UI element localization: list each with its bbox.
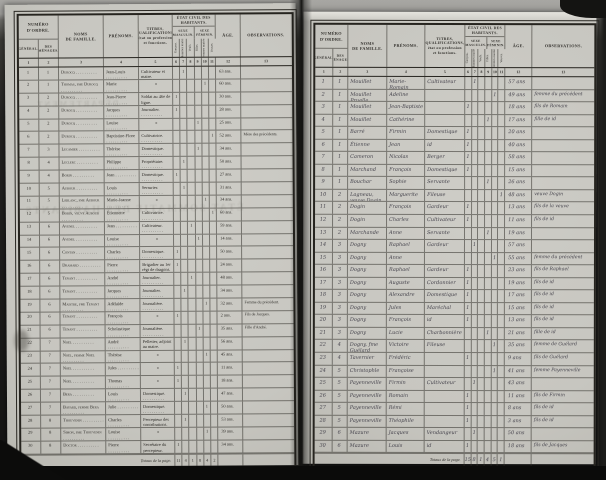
cell-numero-general: 21	[315, 328, 333, 340]
cell-etat-civil-4	[485, 190, 492, 202]
cell-etat-civil-1	[175, 415, 182, 427]
cell-etat-civil-1	[175, 338, 182, 350]
cell-numero-menage: 6	[40, 300, 60, 312]
cell-etat-civil-3	[188, 105, 195, 117]
cell-etat-civil-5	[203, 312, 210, 324]
cell-numero-general: 23	[315, 353, 333, 365]
cell-etat-civil-3	[188, 118, 195, 130]
cell-numero-general: 14	[20, 235, 40, 247]
cell-etat-civil-1: 1	[174, 247, 181, 259]
cell-numero-general: 13	[20, 222, 40, 234]
header-tick-1: Garçons.	[173, 39, 180, 57]
cell-observations	[241, 66, 291, 78]
header-general: GÉNÉRAL.	[19, 40, 39, 58]
cell-etat-civil-2	[182, 299, 189, 311]
cell-etat-civil-4	[196, 299, 203, 311]
cell-etat-civil-5	[203, 221, 210, 233]
cell-observations: femme Payenneville	[532, 366, 594, 378]
cell-etat-civil-3	[188, 234, 195, 246]
header-tick-2: Hommes mariés.	[180, 39, 187, 57]
cell-numero-menage: 6	[41, 325, 61, 337]
cell-numero-general: 16	[20, 261, 40, 273]
cell-etat-civil-1	[175, 402, 182, 414]
cell-etat-civil-4	[197, 389, 204, 401]
column-number: 4	[104, 58, 139, 66]
cell-etat-civil-6	[211, 363, 218, 375]
table-row: 245ChristophleFrançoise141 ansfemme Paye…	[315, 365, 594, 378]
cell-prenom: Auguste	[387, 278, 425, 290]
cell-observations: Fille d'André.	[243, 324, 293, 336]
cell-nom: Dogny	[348, 303, 387, 315]
header-prenoms: PRÉNOMS.	[104, 15, 139, 57]
cell-numero-menage: 6	[40, 287, 60, 299]
left-page: DÉPARTEMENT ÉTAT SOMMATIF DES HABITANTS …	[5, 3, 299, 467]
header-etat-civil: ÉTAT CIVIL DES HABITANTS. SEXE MASCULIN.…	[465, 25, 505, 49]
cell-observations: fils de Guélard	[532, 353, 594, 365]
cell-age: 48 ans	[505, 190, 532, 202]
cell-nom: Mouillet	[348, 102, 387, 114]
column-number: 11	[499, 68, 506, 76]
cell-numero-menage: 5	[333, 403, 348, 415]
cell-prenom: Jean-Louis	[104, 67, 139, 79]
cell-etat-civil-3	[189, 286, 196, 298]
cell-etat-civil-4	[195, 170, 202, 182]
cell-numero-general: 19	[315, 303, 333, 315]
cell-etat-civil-2	[471, 441, 478, 453]
cell-age: 24 ans.	[217, 260, 242, 272]
cell-etat-civil-1	[173, 67, 180, 79]
cell-etat-civil-3	[188, 144, 195, 156]
header-sexe-feminin: SEXE FÉMININ.	[195, 27, 215, 39]
table-row: 234TavernierFrédéric19 ansfils de Guélar…	[315, 353, 594, 366]
cell-age: 41 ans	[505, 366, 532, 378]
census-table-left: NUMÉRO D'ORDRE. GÉNÉRAL. DES MÉNAGES. NO…	[17, 12, 297, 470]
cell-etat-civil-6	[210, 221, 217, 233]
header-sexe-masculin: SEXE MASCULIN.	[173, 27, 195, 39]
cell-nom: Christophle	[348, 365, 387, 377]
cell-observations	[242, 195, 292, 207]
cell-nom: Aubour	[60, 183, 105, 195]
cell-observations	[532, 378, 594, 390]
cell-numero-general: 25	[315, 378, 333, 390]
cell-etat-civil-3	[190, 428, 197, 440]
cell-observations: fils de Raphael	[532, 265, 594, 277]
cell-etat-civil-1	[175, 389, 182, 401]
cell-etat-civil-3	[189, 350, 196, 362]
cell-numero-menage: 8	[41, 428, 61, 440]
cell-prenom: Jacques	[105, 286, 140, 298]
cell-observations: fils de id	[532, 278, 594, 290]
column-number: 3	[348, 68, 387, 76]
header-titres: TITRES, QUALIFICATIONS, état ou professi…	[139, 15, 173, 57]
cell-numero-menage: 1	[333, 140, 348, 152]
cell-numero-menage: 7	[41, 403, 61, 415]
cell-numero-general: 7	[315, 152, 333, 164]
table-header: NUMÉRO D'ORDRE. GÉNÉRAL. DES MÉNAGES. NO…	[19, 14, 292, 59]
cell-prenom: Baptistine-Flore	[104, 132, 139, 144]
table-row: 275PayennevilleRémi18 ansfils de id	[315, 403, 594, 416]
cell-etat-civil-5	[202, 92, 209, 104]
cell-prenom: Jean	[387, 140, 425, 152]
cell-numero-menage: 3	[333, 328, 348, 340]
cell-numero-general: 23	[21, 351, 41, 363]
table-row: 213DognyLucieCharbonnière121 ansfille de…	[315, 328, 594, 341]
cell-age: 25 ans.	[216, 118, 241, 130]
cell-etat-civil-2	[182, 402, 189, 414]
cell-observations	[532, 152, 594, 164]
cell-etat-civil-2	[181, 170, 188, 182]
cell-numero-menage: 2	[333, 215, 348, 227]
book-gutter-shadow	[290, 0, 312, 470]
cell-age: 11 ans	[505, 215, 532, 227]
cell-etat-civil-4	[196, 247, 203, 259]
cell-etat-civil-5: 1	[203, 350, 210, 362]
cell-nom: Bouchar	[348, 177, 387, 189]
cell-numero-general: 8	[315, 165, 333, 177]
cell-prenom: Marguerite	[387, 190, 425, 202]
cell-age: 14 ans.	[217, 234, 242, 246]
cell-numero-general: 5	[315, 127, 333, 139]
cell-numero-menage: 5	[40, 184, 60, 196]
table-row: 61ÉtienneJeanid140 ans	[315, 139, 594, 152]
cell-titre: Cordonnier	[425, 278, 465, 290]
cell-etat-civil-2: 1	[181, 183, 188, 195]
header-tick-4: Filles.	[194, 39, 201, 57]
cell-titre: Domestique.	[139, 144, 173, 156]
cell-observations	[532, 228, 594, 240]
cell-etat-civil-2	[181, 234, 188, 246]
cell-etat-civil-3	[478, 315, 485, 327]
cell-numero-menage: 5	[333, 378, 348, 390]
cell-etat-civil-4: 1	[195, 144, 202, 156]
cell-etat-civil-5	[202, 131, 209, 143]
table-row: 51BarréFirminDomestique120 ans	[315, 127, 594, 140]
cell-etat-civil-3	[189, 299, 196, 311]
header-observations: OBSERVATIONS.	[241, 14, 291, 56]
cell-etat-civil-4	[485, 441, 492, 453]
cell-nom: Dogin	[348, 215, 387, 227]
column-number: 6	[173, 58, 180, 66]
cell-age: 21 ans	[505, 328, 532, 340]
cell-age: 34 ans.	[217, 286, 242, 298]
cell-observations: fils de id	[532, 316, 594, 328]
header-numero-dordre: NUMÉRO D'ORDRE.	[19, 16, 59, 40]
table-row: 153DognyAnne155 ansfemme du précédent	[315, 252, 594, 265]
cell-etat-civil-3	[188, 183, 195, 195]
cell-nom: Lecamier	[59, 145, 104, 157]
header-tick-label: Garçons.	[466, 53, 470, 64]
cell-etat-civil-4: 1	[196, 324, 203, 336]
cell-etat-civil-1	[465, 190, 472, 202]
cell-etat-civil-4	[195, 183, 202, 195]
column-number: 13	[241, 57, 291, 65]
cell-numero-menage: 2	[333, 190, 348, 202]
cell-etat-civil-6	[210, 170, 217, 182]
cell-numero-general: 14	[315, 240, 333, 252]
cell-etat-civil-2	[182, 428, 189, 440]
cell-etat-civil-3	[478, 441, 485, 453]
cell-numero-menage: 6	[40, 248, 60, 260]
cell-numero-general: 17	[20, 274, 40, 286]
cell-etat-civil-5	[203, 324, 210, 336]
cell-titre: Berger	[425, 152, 465, 164]
cell-etat-civil-4	[195, 221, 202, 233]
table-row: 203DognyFrançoisid113 ansfils de id	[315, 315, 594, 328]
header-noms-line2: DE FAMILLE.	[66, 36, 96, 41]
cell-etat-civil-2	[182, 363, 189, 375]
cell-numero-general: 27	[21, 403, 41, 415]
cell-numero-general: 10	[20, 184, 40, 196]
table-row: 163DognyRaphaelGardeur123 ansfils de Rap…	[315, 265, 594, 278]
cell-observations	[532, 165, 594, 177]
cell-etat-civil-1	[174, 157, 181, 169]
cell-nom: Marchande	[348, 227, 387, 239]
header-etat-civil-title: ÉTAT CIVIL DES HABITANTS.	[465, 25, 504, 38]
cell-titre: Pelletier, adjoint au maire.	[141, 338, 175, 350]
column-number: 2	[39, 59, 59, 67]
page-corner-cut	[0, 440, 70, 480]
table-row: 255PayennevilleFirminCultivateur143 ans	[315, 378, 594, 391]
cell-nom: Tenant	[61, 325, 106, 337]
cell-titre: »	[141, 363, 175, 375]
table-row: 21Mouillet PruelleAdeline149 ansfemme du…	[315, 89, 594, 102]
table-row: 193DognyJulesMaréchal115 ansfils de id	[315, 303, 594, 316]
cell-nom: Payenneville	[348, 390, 387, 402]
cell-age: 53 ans.	[218, 414, 243, 426]
cell-etat-civil-3	[188, 131, 195, 143]
cell-numero-menage: 3	[333, 290, 348, 302]
cell-numero-menage: 6	[40, 274, 60, 286]
cell-observations: fille de id	[532, 328, 594, 340]
cell-age: 39 ans.	[218, 427, 243, 439]
cell-observations	[242, 221, 292, 233]
cell-prenom: Victoire	[387, 340, 425, 352]
cell-etat-civil-6: 1	[499, 190, 506, 202]
cell-etat-civil-6	[209, 67, 216, 79]
cell-age: 40 ans	[505, 140, 532, 152]
cell-etat-civil-6	[210, 299, 217, 311]
table-row: 102Lagneau, veuve DoginMargueriteFileuse…	[315, 190, 594, 203]
cell-numero-general: 1	[19, 68, 39, 80]
cell-observations	[242, 247, 292, 259]
header-noms: NOMS DE FAMILLE.	[348, 25, 387, 67]
cell-nom: Thomas, fme Durocq	[59, 80, 104, 92]
column-number: 10	[202, 58, 209, 66]
cell-etat-civil-1: 1	[175, 363, 182, 375]
cell-observations: fils de id	[532, 416, 594, 428]
cell-prenom: André	[106, 338, 141, 350]
cell-titre: »	[141, 350, 175, 362]
cell-etat-civil-5	[204, 376, 211, 388]
column-number: 8	[479, 68, 486, 76]
cell-numero-general: 22	[315, 340, 333, 352]
header-tick-label: Veuves.	[500, 53, 504, 62]
cell-etat-civil-4	[485, 378, 492, 390]
cell-prenom: Charles	[106, 415, 141, 427]
cell-etat-civil-5	[203, 234, 210, 246]
header-des-menages: DES MÉNAGES.	[39, 40, 59, 58]
cell-etat-civil-6	[209, 92, 216, 104]
cell-numero-menage: 4	[40, 171, 60, 183]
cell-etat-civil-6	[209, 157, 216, 169]
cell-titre	[425, 90, 465, 102]
cell-titre: Cultivatrice.	[139, 131, 173, 143]
cell-numero-menage: 2	[333, 227, 348, 239]
cell-observations	[242, 259, 292, 271]
cell-etat-civil-6	[211, 428, 218, 440]
cell-nom: Mazure	[348, 428, 387, 440]
cell-etat-civil-6	[211, 389, 218, 401]
cell-prenom: Firmin	[387, 378, 425, 390]
cell-observations	[242, 272, 292, 284]
cell-prenom: Louise	[106, 428, 141, 440]
cell-nom: Bayard, femme Bera	[61, 402, 106, 414]
cell-nom: Dogny	[348, 240, 387, 252]
header-des-menages: DES MÉNAGES.	[333, 49, 348, 67]
cell-etat-civil-6: 1	[209, 131, 216, 143]
cell-observations	[532, 428, 594, 440]
cell-prenom: Nicolas	[387, 152, 425, 164]
cell-numero-general: 11	[315, 202, 333, 214]
cell-etat-civil-5	[492, 127, 499, 139]
cell-numero-general: 2	[315, 89, 333, 101]
cell-observations: femme du précédent	[532, 253, 594, 265]
cell-etat-civil-4	[197, 428, 204, 440]
cell-numero-general: 9	[20, 171, 40, 183]
cell-numero-menage: 5	[333, 390, 348, 402]
cell-etat-civil-5	[203, 273, 210, 285]
header-general: GÉNÉRAL.	[315, 49, 333, 67]
cell-etat-civil-2	[182, 350, 189, 362]
cell-age: 32 ans.	[218, 298, 243, 310]
cell-numero-menage: 3	[333, 265, 348, 277]
cell-numero-general: 12	[315, 215, 333, 227]
bleedthrough-text: DÉPARTEMENT	[35, 99, 118, 109]
cell-numero-general: 18	[315, 290, 333, 302]
cell-nom: Noël	[61, 364, 106, 376]
cell-numero-menage: 3	[39, 145, 59, 157]
cell-nom: Tavernier	[348, 353, 387, 365]
cell-etat-civil-4	[485, 127, 492, 139]
cell-nom: Bera	[61, 390, 106, 402]
cell-etat-civil-4	[196, 260, 203, 272]
header-tick-label: Veufs.	[480, 54, 484, 62]
header-tick-6: Veuves.	[499, 49, 506, 67]
table-row: 173DognyAugusteCordonnier119 ansfils de …	[315, 278, 594, 291]
cell-titre: Vendangeur	[425, 428, 465, 440]
cell-prenom: Scholastique	[106, 325, 141, 337]
cell-observations: Femme du précédent.	[243, 298, 293, 310]
table-row: 183DognyAlexandreDomestique117 ansfils d…	[315, 290, 594, 303]
cell-etat-civil-1	[175, 350, 182, 362]
cell-numero-menage: 6	[40, 261, 60, 273]
column-number: 5	[139, 58, 173, 66]
cell-observations: fils de la veuve	[532, 203, 594, 215]
cell-etat-civil-3	[189, 402, 196, 414]
table-row: 112DoginFrançoisGardeur113 ansfils de la…	[315, 202, 594, 215]
header-etat-civil: ÉTAT CIVIL DES HABITANTS. SEXE MASCULIN.…	[173, 15, 216, 39]
cell-observations	[242, 208, 292, 220]
cell-age: 2 ans.	[218, 311, 243, 323]
cell-numero-menage: 1	[333, 152, 348, 164]
cell-titre: Domestique	[425, 165, 465, 177]
cell-nom: Payenneville	[348, 416, 387, 428]
cell-prenom: Jean	[105, 170, 140, 182]
cell-numero-menage: 1	[39, 68, 59, 80]
cell-observations: fils de id	[532, 290, 594, 302]
cell-titre: Servante	[425, 228, 465, 240]
cell-titre: Cultivateur et maire.	[139, 67, 173, 79]
cell-etat-civil-1	[174, 273, 181, 285]
header-tick-label: Hommes mariés.	[181, 39, 185, 57]
cell-etat-civil-1: 1	[465, 441, 472, 453]
cell-etat-civil-1	[173, 144, 180, 156]
cell-titre: Domestique.	[140, 170, 174, 182]
cell-numero-menage: 4	[40, 158, 60, 170]
header-noms-line2: DE FAMILLE.	[352, 46, 382, 51]
cell-etat-civil-3	[189, 312, 196, 324]
cell-age: 17 ans	[505, 115, 532, 127]
cell-etat-civil-5	[202, 183, 209, 195]
cell-observations	[532, 140, 594, 152]
right-page: NUMÉRO D'ORDRE. GÉNÉRAL. DES MÉNAGES. NO…	[303, 12, 597, 465]
cell-etat-civil-3	[188, 247, 195, 259]
cell-etat-civil-2	[182, 325, 189, 337]
cell-numero-menage: 7	[41, 390, 61, 402]
cell-etat-civil-2	[181, 247, 188, 259]
cell-prenom: Charles	[387, 215, 425, 227]
column-number: 7	[180, 58, 187, 66]
cell-etat-civil-4	[485, 315, 492, 327]
cell-observations: Mère des précédents.	[241, 131, 291, 143]
cell-observations: Fils de Jacques.	[243, 311, 293, 323]
cell-nom: Tenant	[60, 312, 105, 324]
cell-etat-civil-5	[204, 440, 211, 452]
cell-prenom: Frédéric	[387, 353, 425, 365]
cell-titre: Fileuse	[425, 190, 465, 202]
cell-numero-menage: 1	[333, 102, 348, 114]
cell-titre	[425, 403, 465, 415]
cell-etat-civil-2	[472, 253, 479, 265]
header-observations: OBSERVATIONS.	[532, 25, 594, 67]
cell-prenom: Marie	[104, 80, 139, 92]
cell-titre: Serrurier.	[140, 183, 174, 195]
cell-age: 27 ans.	[217, 170, 242, 182]
cell-numero-menage: 5	[333, 365, 348, 377]
cell-numero-general: 25	[21, 377, 41, 389]
cell-etat-civil-4	[197, 441, 204, 453]
cell-prenom: François	[387, 165, 425, 177]
cell-nom: Contan	[60, 248, 105, 260]
cell-etat-civil-5: 1	[492, 253, 499, 265]
cell-nom: Noël	[61, 377, 106, 389]
cell-prenom: Louis	[105, 183, 140, 195]
cell-numero-menage: 5	[333, 416, 348, 428]
cell-etat-civil-4: 1	[196, 234, 203, 246]
cell-numero-menage: 6	[40, 312, 60, 324]
column-number: 9	[485, 68, 492, 76]
cell-age: 9 ans	[505, 353, 532, 365]
cell-etat-civil-2	[180, 93, 187, 105]
cell-etat-civil-4	[196, 337, 203, 349]
cell-etat-civil-2	[181, 260, 188, 272]
cell-etat-civil-5	[202, 67, 209, 79]
cell-numero-menage: 1	[333, 114, 348, 126]
cell-numero-menage: 1	[333, 127, 348, 139]
cell-etat-civil-3	[187, 80, 194, 92]
cell-numero-menage: 6	[40, 222, 60, 234]
header-tick-3: Veufs.	[187, 39, 194, 57]
